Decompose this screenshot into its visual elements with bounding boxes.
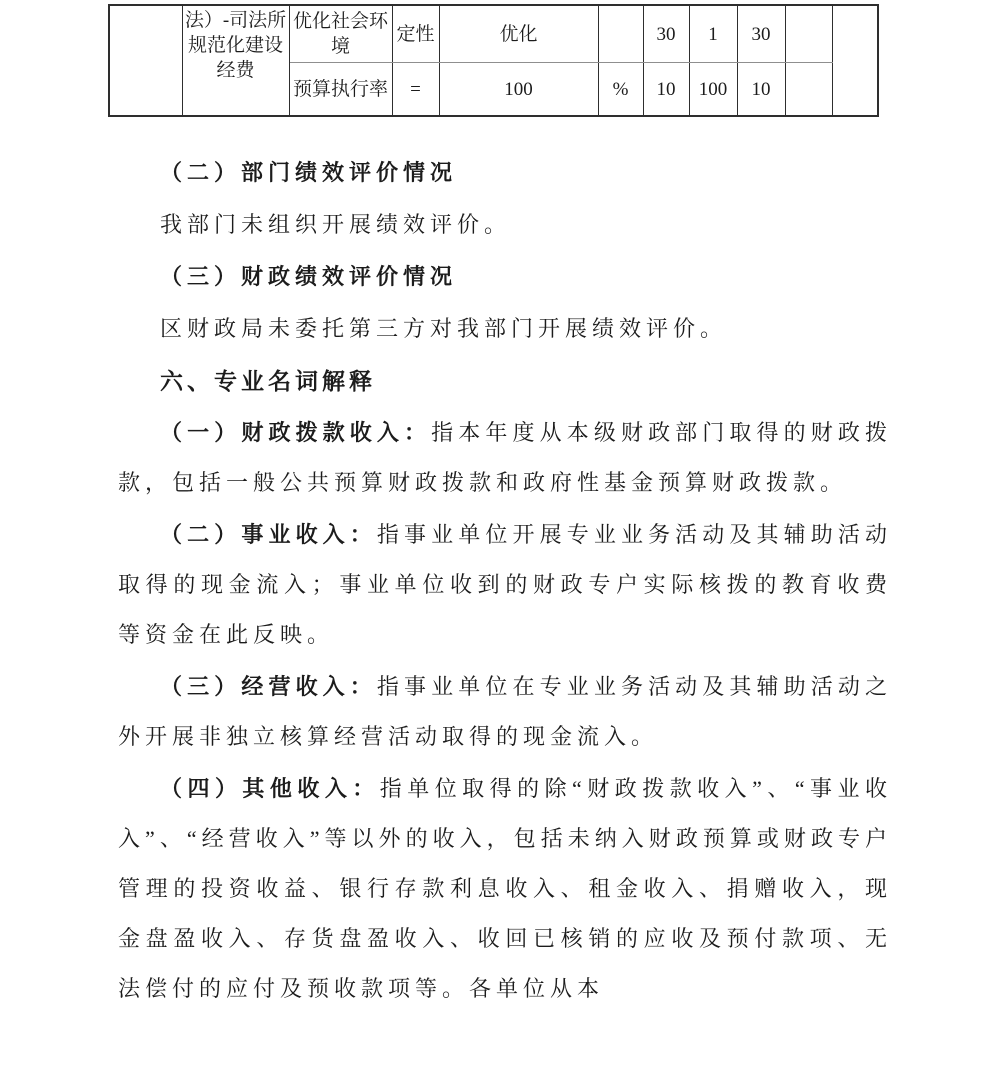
paragraph-text: 区财政局未委托第三方对我部门开展绩效评价。 <box>160 316 727 341</box>
term-name: （四）其他收入： <box>160 776 380 801</box>
table-cell-right-blank <box>832 5 878 116</box>
term-name: （一）财政拨款收入： <box>160 420 431 445</box>
table-cell-score: 30 <box>737 5 785 63</box>
table-cell-program-name: 法）-司法所规范化建设经费 <box>182 5 289 116</box>
term-definition: 指单位取得的除“财政拨款收入”、“事业收入”、“经营收入”等以外的收入，包括未纳… <box>118 776 892 1001</box>
paragraph-term-operating-income: （二）事业收入：指事业单位开展专业业务活动及其辅助活动取得的现金流入；事业单位收… <box>118 510 892 660</box>
section-heading-dept-evaluation: （二）部门绩效评价情况 <box>118 148 892 198</box>
section-heading-finance-evaluation: （三）财政绩效评价情况 <box>118 252 892 302</box>
table-cell-unit: % <box>598 63 643 117</box>
chapter-heading-terms: 六、专业名词解释 <box>118 356 892 406</box>
table-cell-criterion: = <box>392 63 439 117</box>
performance-indicator-table: 法）-司法所规范化建设经费 优化社会环境 定性 优化 30 1 30 预算执行率… <box>108 4 879 117</box>
table-cell-blank <box>785 63 832 117</box>
paragraph-text: 我部门未组织开展绩效评价。 <box>160 212 511 237</box>
table-cell-left-blank <box>109 5 182 116</box>
table-cell-target-value: 优化 <box>439 5 598 63</box>
paragraph-term-fiscal-appropriation: （一）财政拨款收入：指本年度从本级财政部门取得的财政拨款，包括一般公共预算财政拨… <box>118 408 892 508</box>
table-cell-weight: 10 <box>643 63 689 117</box>
table-cell-indicator: 优化社会环境 <box>289 5 392 63</box>
table-cell-indicator: 预算执行率 <box>289 63 392 117</box>
table-cell-actual-value: 100 <box>689 63 737 117</box>
heading-text: 六、专业名词解释 <box>160 368 376 394</box>
term-name: （三）经营收入： <box>160 674 377 699</box>
table-cell-score: 10 <box>737 63 785 117</box>
table-cell-unit <box>598 5 643 63</box>
document-body: （二）部门绩效评价情况 我部门未组织开展绩效评价。 （三）财政绩效评价情况 区财… <box>118 148 892 1016</box>
document-page: 法）-司法所规范化建设经费 优化社会环境 定性 优化 30 1 30 预算执行率… <box>0 0 1000 1072</box>
table-cell-actual-value: 1 <box>689 5 737 63</box>
table-cell-target-value: 100 <box>439 63 598 117</box>
paragraph-term-business-income: （三）经营收入：指事业单位在专业业务活动及其辅助活动之外开展非独立核算经营活动取… <box>118 662 892 762</box>
table-cell-weight: 30 <box>643 5 689 63</box>
paragraph-term-other-income: （四）其他收入：指单位取得的除“财政拨款收入”、“事业收入”、“经营收入”等以外… <box>118 764 892 1014</box>
table-cell-criterion: 定性 <box>392 5 439 63</box>
heading-text: （二）部门绩效评价情况 <box>160 160 457 185</box>
term-name: （二）事业收入： <box>160 522 377 547</box>
paragraph-dept-evaluation: 我部门未组织开展绩效评价。 <box>118 200 892 250</box>
paragraph-finance-evaluation: 区财政局未委托第三方对我部门开展绩效评价。 <box>118 304 892 354</box>
heading-text: （三）财政绩效评价情况 <box>160 264 457 289</box>
table-cell-blank <box>785 5 832 63</box>
